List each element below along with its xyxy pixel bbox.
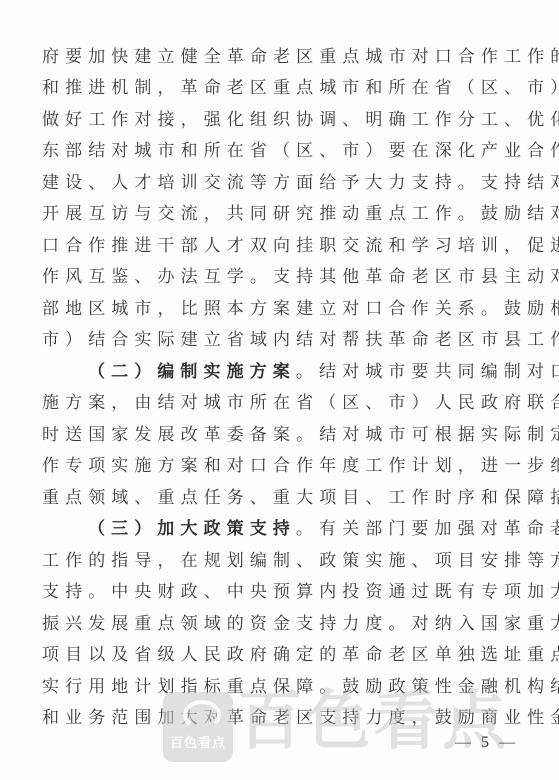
text-line: 市）结合实际建立省域内结对帮扶革命老区市县工作机制。 xyxy=(42,328,512,352)
section-heading-line: （二）编制实施方案。结对城市要共同编制对口合作五年实 xyxy=(88,360,558,384)
text-line: 口合作推进干部人才双向挂职交流和学习培训，促进观念互通、 xyxy=(42,234,512,258)
text-line: 建设、人才培训交流等方面给予大力支持。支持结对城市政府间 xyxy=(42,171,512,195)
section-heading: （三）加大政策支持 xyxy=(88,519,296,539)
text-line: 和推进机制，革命老区重点城市和所在省（区、市）要积极主动 xyxy=(42,76,512,100)
text-line: 工作的指导，在规划编制、政策实施、项目安排等方面给予倾斜 xyxy=(42,549,512,573)
text-line: 时送国家发展改革委备案。结对城市可根据实际制定重点领域合 xyxy=(42,423,512,447)
watermark-logo: 百色看点 xyxy=(163,692,233,762)
text-line: 施方案，由结对城市所在省（区、市）人民政府联合印发，并及 xyxy=(42,391,512,415)
text-line: 作风互鉴、办法互学。支持其他革命老区市县主动对接东部、中 xyxy=(42,265,512,289)
text-line: 支持。中央财政、中央预算内投资通过既有专项加大对革命老区 xyxy=(42,580,512,604)
section-heading-line: （三）加大政策支持。有关部门要加强对革命老区对口合作 xyxy=(88,517,558,541)
section-text: 。结对城市要共同编制对口合作五年实 xyxy=(296,362,559,382)
watermark-small-text: 百色看点 xyxy=(163,732,233,751)
text-line: 府要加快建立健全革命老区重点城市对口合作工作的领导、协调 xyxy=(42,45,512,69)
section-text: 。有关部门要加强对革命老区对口合作 xyxy=(296,519,559,539)
page-number: — 5 — xyxy=(455,734,518,752)
section-heading: （二）编制实施方案 xyxy=(88,362,296,382)
document-page: 府要加快建立健全革命老区重点城市对口合作工作的领导、协调 和推进机制，革命老区重… xyxy=(0,0,559,780)
text-line: 振兴发展重点领域的资金支持力度。对纳入国家重大项目清单的 xyxy=(42,612,512,636)
text-line: 东部结对城市和所在省（区、市）要在深化产业合作、重大项目 xyxy=(42,139,512,163)
text-line: 部地区城市，比照本方案建立对口合作关系。鼓励相关省（区、 xyxy=(42,297,512,321)
text-line: 项目以及省级人民政府确定的革命老区单独选址重点建设项目， xyxy=(42,643,512,667)
text-line: 开展互访与交流，共同研究推动重点工作。鼓励结对城市依托对 xyxy=(42,202,512,226)
text-line: 作专项实施方案和对口合作年度工作计划，进一步细化对口合作 xyxy=(42,454,512,478)
text-line: 重点领域、重点任务、重大项目、工作时序和保障措施。 xyxy=(42,486,512,510)
swirl-logo-icon xyxy=(183,700,221,730)
text-line: 做好工作对接，强化组织协调、明确工作分工、优化政策环境， xyxy=(42,108,512,132)
